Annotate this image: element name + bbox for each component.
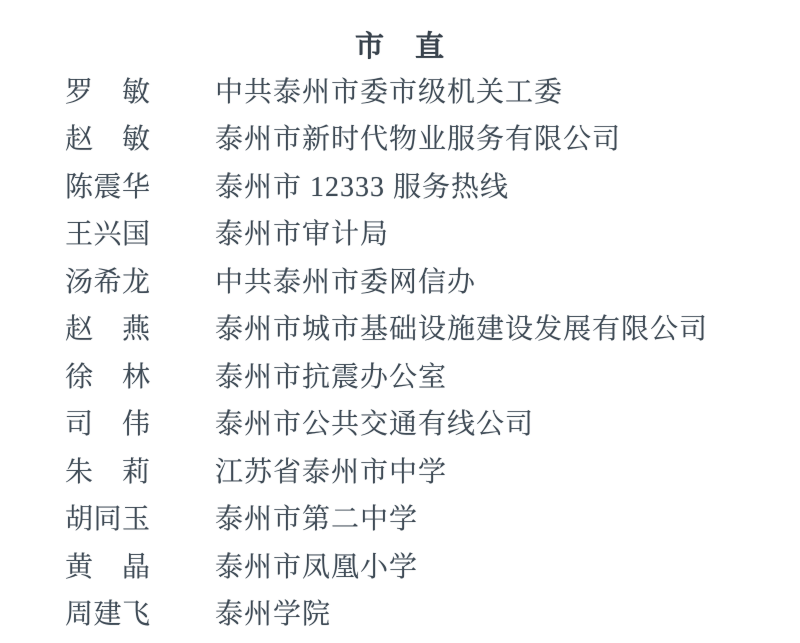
page-title: 市 直 xyxy=(0,24,800,65)
organization-name: 中共泰州市委网信办 xyxy=(215,260,476,300)
document-page: 市 直 罗 敏 中共泰州市委市级机关工委 赵 敏 泰州市新时代物业服务有限公司 … xyxy=(0,0,800,643)
organization-name: 泰州市审计局 xyxy=(215,212,389,252)
list-item: 王兴国 泰州市审计局 xyxy=(0,209,800,257)
person-name: 王兴国 xyxy=(65,212,151,252)
person-name: 陈震华 xyxy=(65,165,151,205)
organization-name: 江苏省泰州市中学 xyxy=(215,450,447,490)
person-name: 赵 敏 xyxy=(65,117,151,157)
organization-name: 泰州市公共交通有线公司 xyxy=(215,402,534,442)
person-name: 罗 敏 xyxy=(65,70,151,110)
organization-name: 泰州市抗震办公室 xyxy=(215,355,447,395)
award-list: 罗 敏 中共泰州市委市级机关工委 赵 敏 泰州市新时代物业服务有限公司 陈震华 … xyxy=(0,66,800,636)
list-item: 胡同玉 泰州市第二中学 xyxy=(0,494,800,542)
list-item: 陈震华 泰州市 12333 服务热线 xyxy=(0,161,800,209)
person-name: 徐 林 xyxy=(65,355,151,395)
list-item: 司 伟 泰州市公共交通有线公司 xyxy=(0,399,800,447)
list-item: 周建飞 泰州学院 xyxy=(0,589,800,637)
person-name: 司 伟 xyxy=(65,402,151,442)
person-name: 胡同玉 xyxy=(65,497,151,537)
organization-name: 泰州市新时代物业服务有限公司 xyxy=(215,117,621,157)
list-item: 罗 敏 中共泰州市委市级机关工委 xyxy=(0,66,800,114)
organization-name: 泰州市 12333 服务热线 xyxy=(215,165,509,205)
organization-name: 泰州市城市基础设施建设发展有限公司 xyxy=(215,307,708,347)
list-item: 徐 林 泰州市抗震办公室 xyxy=(0,351,800,399)
list-item: 赵 燕 泰州市城市基础设施建设发展有限公司 xyxy=(0,304,800,352)
list-item: 汤希龙 中共泰州市委网信办 xyxy=(0,256,800,304)
organization-name: 泰州学院 xyxy=(215,592,331,632)
person-name: 黄 晶 xyxy=(65,545,151,585)
organization-name: 中共泰州市委市级机关工委 xyxy=(215,70,563,110)
person-name: 朱 莉 xyxy=(65,450,151,490)
organization-name: 泰州市第二中学 xyxy=(215,497,418,537)
person-name: 赵 燕 xyxy=(65,307,151,347)
person-name: 汤希龙 xyxy=(65,260,151,300)
list-item: 朱 莉 江苏省泰州市中学 xyxy=(0,446,800,494)
list-item: 黄 晶 泰州市凤凰小学 xyxy=(0,541,800,589)
person-name: 周建飞 xyxy=(65,592,151,632)
list-item: 赵 敏 泰州市新时代物业服务有限公司 xyxy=(0,114,800,162)
organization-name: 泰州市凤凰小学 xyxy=(215,545,418,585)
